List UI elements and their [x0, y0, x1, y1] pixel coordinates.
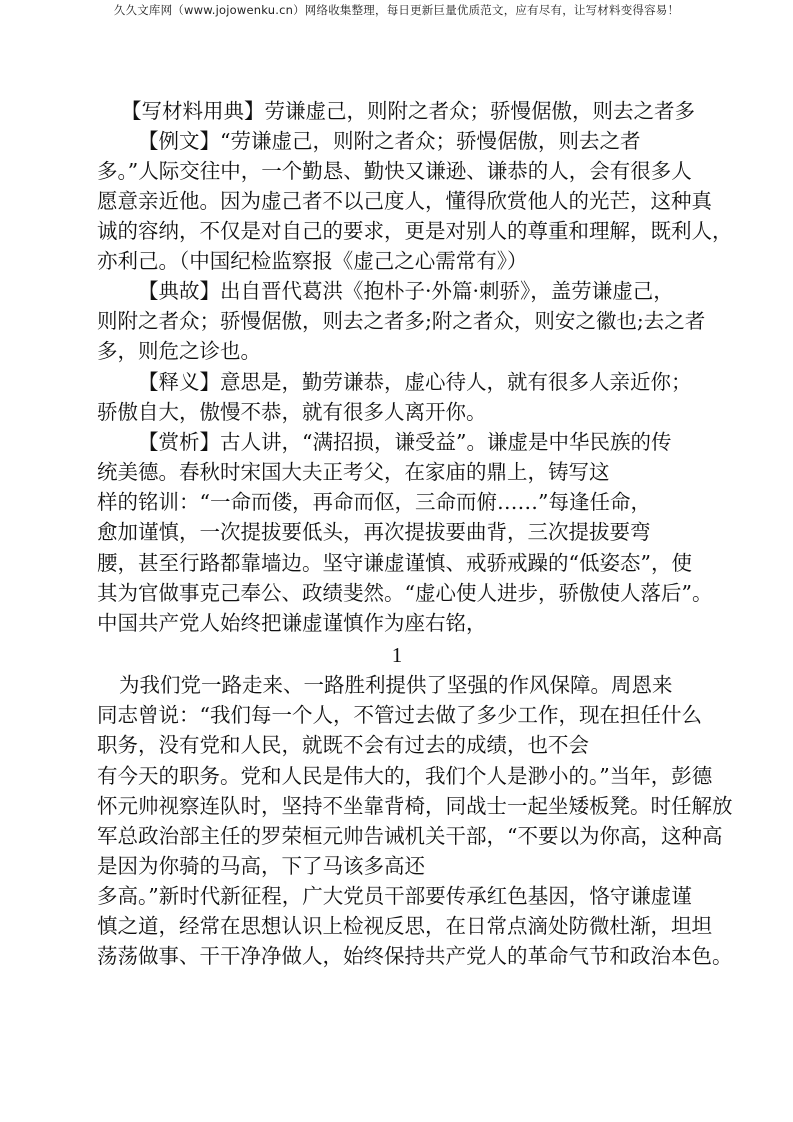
paragraph-line: 腰，甚至行路都靠墙边。坚守谦虚谨慎、戒骄戒躁的“低姿态”，使: [97, 548, 692, 578]
paragraph-line: 多，则危之诊也。: [97, 336, 261, 366]
paragraph-line: 【释义】意思是，勤劳谦恭，虚心待人，就有很多人亲近你；: [138, 367, 692, 397]
paragraph-line: 愈加谨慎，一次提拔要低头，再次提拔要曲背，三次提拔要弯: [97, 517, 651, 547]
paragraph-line: 诚的容纳，不仅是对自己的要求，更是对别人的尊重和理解，既利人，: [97, 216, 733, 246]
paragraph-line: 怀元帅视察连队时，坚持不坐靠背椅，同战士一起坐矮板凳。时任解放: [97, 791, 733, 821]
paragraph-line: 同志曾说：“我们每一个人，不管过去做了多少工作，现在担任什么: [97, 700, 702, 730]
paragraph-line: 样的铭训：“一命而偻，再命而伛，三命而俯……”每逢任命，: [97, 487, 651, 517]
site-banner: 久久文库网（www.jojowenku.cn）网络收集整理，每日更新巨量优质范文…: [0, 2, 793, 18]
page-number: 1: [97, 640, 697, 670]
document-title: 【写材料用典】劳谦虚己，则附之者众；骄慢倨傲，则去之者多: [121, 96, 695, 126]
paragraph-line: 慎之道，经常在思想认识上检视反思，在日常点滴处防微杜渐，坦坦: [97, 911, 712, 941]
paragraph-line: 统美德。春秋时宋国大夫正考父，在家庙的鼎上，铸写这: [97, 457, 610, 487]
paragraph-line: 则附之者众；骄慢倨傲，则去之者多;附之者众，则安之徽也;去之者: [97, 306, 705, 336]
paragraph-line: 【赏析】古人讲，“满招损，谦受益”。谦虚是中华民族的传: [138, 427, 671, 457]
paragraph-line: 其为官做事克己奉公、政绩斐然。“虚心使人进步，骄傲使人落后”。: [97, 578, 712, 608]
paragraph-line: 【例文】“劳谦虚己，则附之者众；骄慢倨傲，则去之者: [138, 126, 640, 156]
paragraph-line: 多高。”新时代新征程，广大党员干部要传承红色基因，恪守谦虚谨: [97, 881, 692, 911]
paragraph-line: 中国共产党人始终把谦虚谨慎作为座右铭，: [97, 608, 487, 638]
paragraph-line: 【典故】出自晋代葛洪《抱朴子·外篇·刺骄》，盖劳谦虚己，: [138, 276, 674, 306]
paragraph-line: 荡荡做事、干干净净做人，始终保持共产党人的革命气节和政治本色。: [97, 941, 733, 971]
paragraph-line: 职务，没有党和人民，就既不会有过去的成绩，也不会: [97, 730, 589, 760]
paragraph-line: 军总政治部主任的罗荣桓元帅告诫机关干部，“不要以为你高，这种高: [97, 821, 722, 851]
paragraph-line: 亦利己。（中国纪检监察报《虚己之心需常有》）: [97, 246, 528, 276]
paragraph-line: 骄傲自大，傲慢不恭，就有很多人离开你。: [97, 397, 487, 427]
paragraph-line: 为我们党一路走来、一路胜利提供了坚强的作风保障。周恩来: [119, 670, 673, 700]
paragraph-line: 有今天的职务。党和人民是伟大的，我们个人是渺小的。”当年，彭德: [97, 761, 712, 791]
paragraph-line: 多。”人际交往中，一个勤恳、勤快又谦逊、谦恭的人，会有很多人: [97, 156, 692, 186]
paragraph-line: 愿意亲近他。因为虚己者不以己度人，懂得欣赏他人的光芒，这种真: [97, 186, 712, 216]
paragraph-line: 是因为你骑的马高，下了马该多高还: [97, 851, 425, 881]
